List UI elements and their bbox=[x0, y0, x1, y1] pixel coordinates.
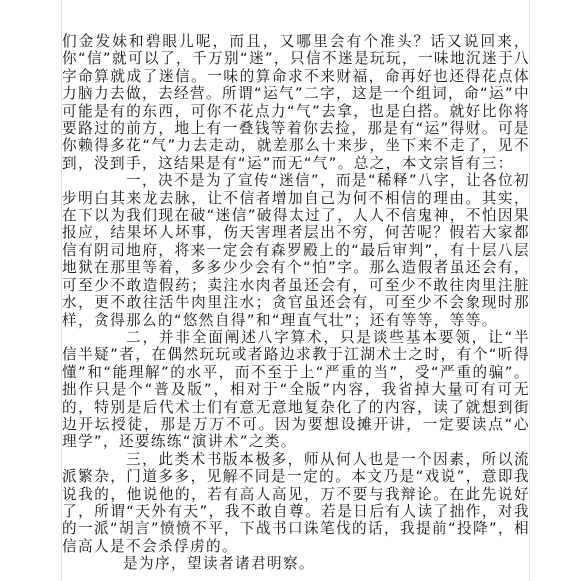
paragraph-intro-continuation: 们金发妹和碧眼儿呢，而且，又哪里会有个准头？话又说回来，你“信”就可以了，千万别… bbox=[62, 33, 530, 172]
paragraph-point-two: 二，并非全面阐述八字算术，只是谈些基本要领，让“半信半疑”者，在偶然玩玩或者路边… bbox=[62, 329, 530, 451]
paragraph-point-three: 三，此类术书版本极多，师从何人也是一个因素，所以流派繁杂，门道多多，见解不同是一… bbox=[62, 451, 530, 555]
document-body: 们金发妹和碧眼儿呢，而且，又哪里会有个准头？话又说回来，你“信”就可以了，千万别… bbox=[62, 33, 530, 573]
paragraph-point-one: 一，决不是为了宣传“迷信”，而是“稀释”八字，让各位初步明白其来龙去脉，让不信者… bbox=[62, 172, 530, 329]
paragraph-closing: 是为序，望读者诸君明察。 bbox=[62, 555, 530, 572]
